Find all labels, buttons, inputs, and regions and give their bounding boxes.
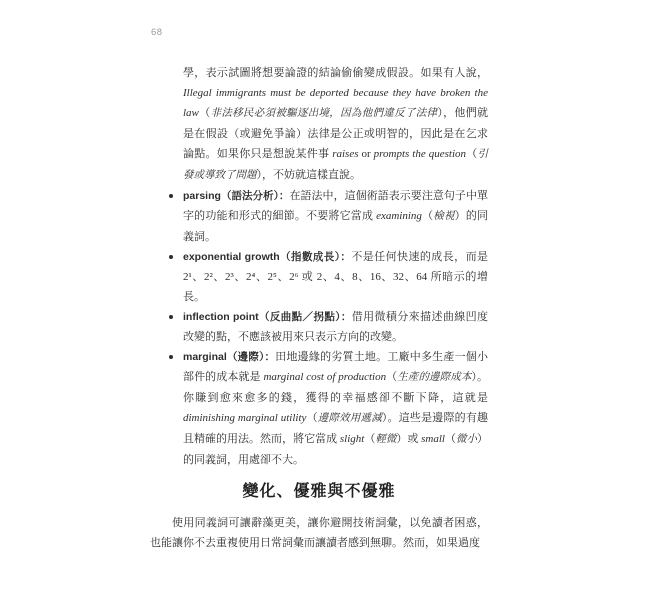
term-text: parsing（語法分析）：在語法中，這個術語表示要注意句子中單字的功能和形式的…	[183, 190, 488, 243]
text-block: 學，表示試圖將想要論證的結論偷偷變成假設。如果有人說，Illegal immig…	[150, 63, 488, 553]
page-number: 68	[151, 27, 163, 38]
term-text: exponential growth（指數成長）：不是任何快速的成長，而是 2¹…	[183, 251, 488, 303]
section-heading: 變化、優雅與不優雅	[150, 481, 488, 503]
paragraph-body: 使用同義詞可讓辭藻更美，讓你避開技術詞彙，以免讀者困惑，也能讓你不去重複使用日常…	[150, 513, 488, 553]
term-list-item-marginal: marginal（邊際）：田地邊緣的劣質土地。工廠中多生產一個小部件的成本就是 …	[183, 347, 488, 470]
bullet-icon	[169, 315, 173, 319]
term-list-item-parsing: parsing（語法分析）：在語法中，這個術語表示要注意句子中單字的功能和形式的…	[183, 186, 488, 247]
paragraph-continuation: 學，表示試圖將想要論證的結論偷偷變成假設。如果有人說，Illegal immig…	[183, 63, 488, 186]
bullet-icon	[169, 194, 173, 198]
bullet-icon	[169, 255, 173, 259]
term-text: marginal（邊際）：田地邊緣的劣質土地。工廠中多生產一個小部件的成本就是 …	[183, 351, 488, 466]
term-list-item-exponential-growth: exponential growth（指數成長）：不是任何快速的成長，而是 2¹…	[183, 247, 488, 307]
term-list-item-inflection-point: inflection point（反曲點／拐點）：借用微積分來描述曲線凹度改變的…	[183, 307, 488, 347]
term-text: inflection point（反曲點／拐點）：借用微積分來描述曲線凹度改變的…	[183, 311, 488, 343]
term-list: parsing（語法分析）：在語法中，這個術語表示要注意句子中單字的功能和形式的…	[183, 186, 488, 470]
bullet-icon	[169, 355, 173, 359]
book-page: 68 學，表示試圖將想要論證的結論偷偷變成假設。如果有人說，Illegal im…	[0, 0, 655, 609]
